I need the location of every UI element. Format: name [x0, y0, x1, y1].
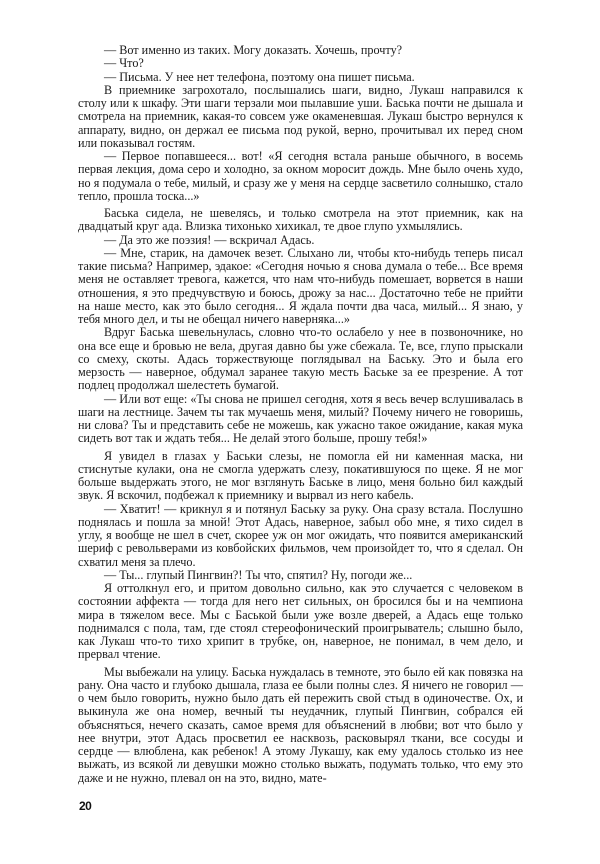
paragraph-dialogue: — Вот именно из таких. Могу доказать. Хо… — [78, 44, 523, 57]
paragraph-dialogue: — Первое попавшееся... вот! «Я сегодня в… — [78, 150, 523, 203]
paragraph-dialogue: — Да это же поэзия! — вскричал Адась. — [78, 234, 523, 247]
book-page-text: — Вот именно из таких. Могу доказать. Хо… — [78, 44, 523, 785]
paragraph-dialogue: — Мне, старик, на дамочек везет. Слыхано… — [78, 247, 523, 327]
paragraph-dialogue: — Хватит! — крикнул я и потянул Баську з… — [78, 503, 523, 569]
paragraph-narration: Я оттолкнул его, и притом довольно сильн… — [78, 582, 523, 662]
paragraph-dialogue: — Письма. У нее нет телефона, поэтому он… — [78, 71, 523, 84]
paragraph-narration: Вдруг Баська шевельнулась, словно что-то… — [78, 326, 523, 392]
paragraph-narration: В приемнике загрохотало, послышались шаг… — [78, 84, 523, 150]
paragraph-dialogue: — Что? — [78, 57, 523, 70]
paragraph-narration: Мы выбежали на улицу. Баська нуждалась в… — [78, 666, 523, 785]
paragraph-narration: Я увидел в глазах у Баськи слезы, не пом… — [78, 450, 523, 503]
paragraph-narration: Баська сидела, не шевелясь, и только смо… — [78, 207, 523, 234]
paragraph-dialogue: — Ты... глупый Пингвин?! Ты что, спятил?… — [78, 569, 523, 582]
paragraph-dialogue: — Или вот еще: «Ты снова не пришел сегод… — [78, 393, 523, 446]
page-number: 20 — [79, 799, 91, 813]
